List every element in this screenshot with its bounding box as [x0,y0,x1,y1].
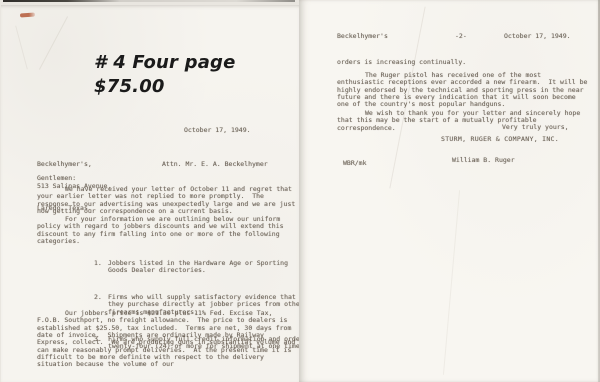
letter-page-1: # 4 Four page $75.00 October 17, 1949. B… [1,5,303,382]
seller-price-annotation: # 4 Four page $75.00 [94,51,236,99]
list-item-number: 1. [94,260,108,275]
body-paragraph-4: The Ruger pistol has received one of the… [337,72,589,109]
scanned-letter-photo: # 4 Four page $75.00 October 17, 1949. B… [0,0,600,382]
paper-crease [39,16,68,69]
annotation-price: $75.00 [94,75,236,99]
body-paragraph-2: For your information we are outlining be… [37,216,297,245]
page2-header-page-number: -2- [455,33,467,40]
list-item-text: Jobbers listed in the Hardware Age or Sp… [108,260,306,275]
company-signature-line: STURM, RUGER & COMPANY, INC. [441,136,559,143]
paper-crease [15,26,28,70]
annotation-page-count: # 4 Four page [94,51,236,75]
body-paragraph-3: Our jobbers price is $21.30 plus 11% Fed… [37,310,299,369]
letter-date: October 17, 1949. [184,127,251,134]
page2-header-date: October 17, 1949. [504,33,571,40]
scan-dark-edge [3,0,295,2]
complimentary-closing: Very truly yours, [502,124,569,131]
page2-header-name: Beckelhymer's [337,33,388,40]
attention-line: Attn. Mr. E. A. Beckelhymer [162,161,268,168]
list-item: 1. Jobbers listed in the Hardware Age or… [94,260,306,275]
signer-name: William B. Ruger [452,157,515,164]
paper-crease [443,190,460,374]
letter-page-2: Beckelhymer's -2- October 17, 1949. orde… [299,0,600,382]
typist-initials: WBR/mk [343,160,366,167]
body-paragraph-1: We have received your letter of October … [37,186,297,215]
body-paragraph-continuation: orders is increasing continually. [337,59,466,66]
salutation: Gentlemen: [37,175,76,182]
red-pencil-mark [20,12,35,17]
recipient-name: Beckelhymer's, [37,161,111,168]
